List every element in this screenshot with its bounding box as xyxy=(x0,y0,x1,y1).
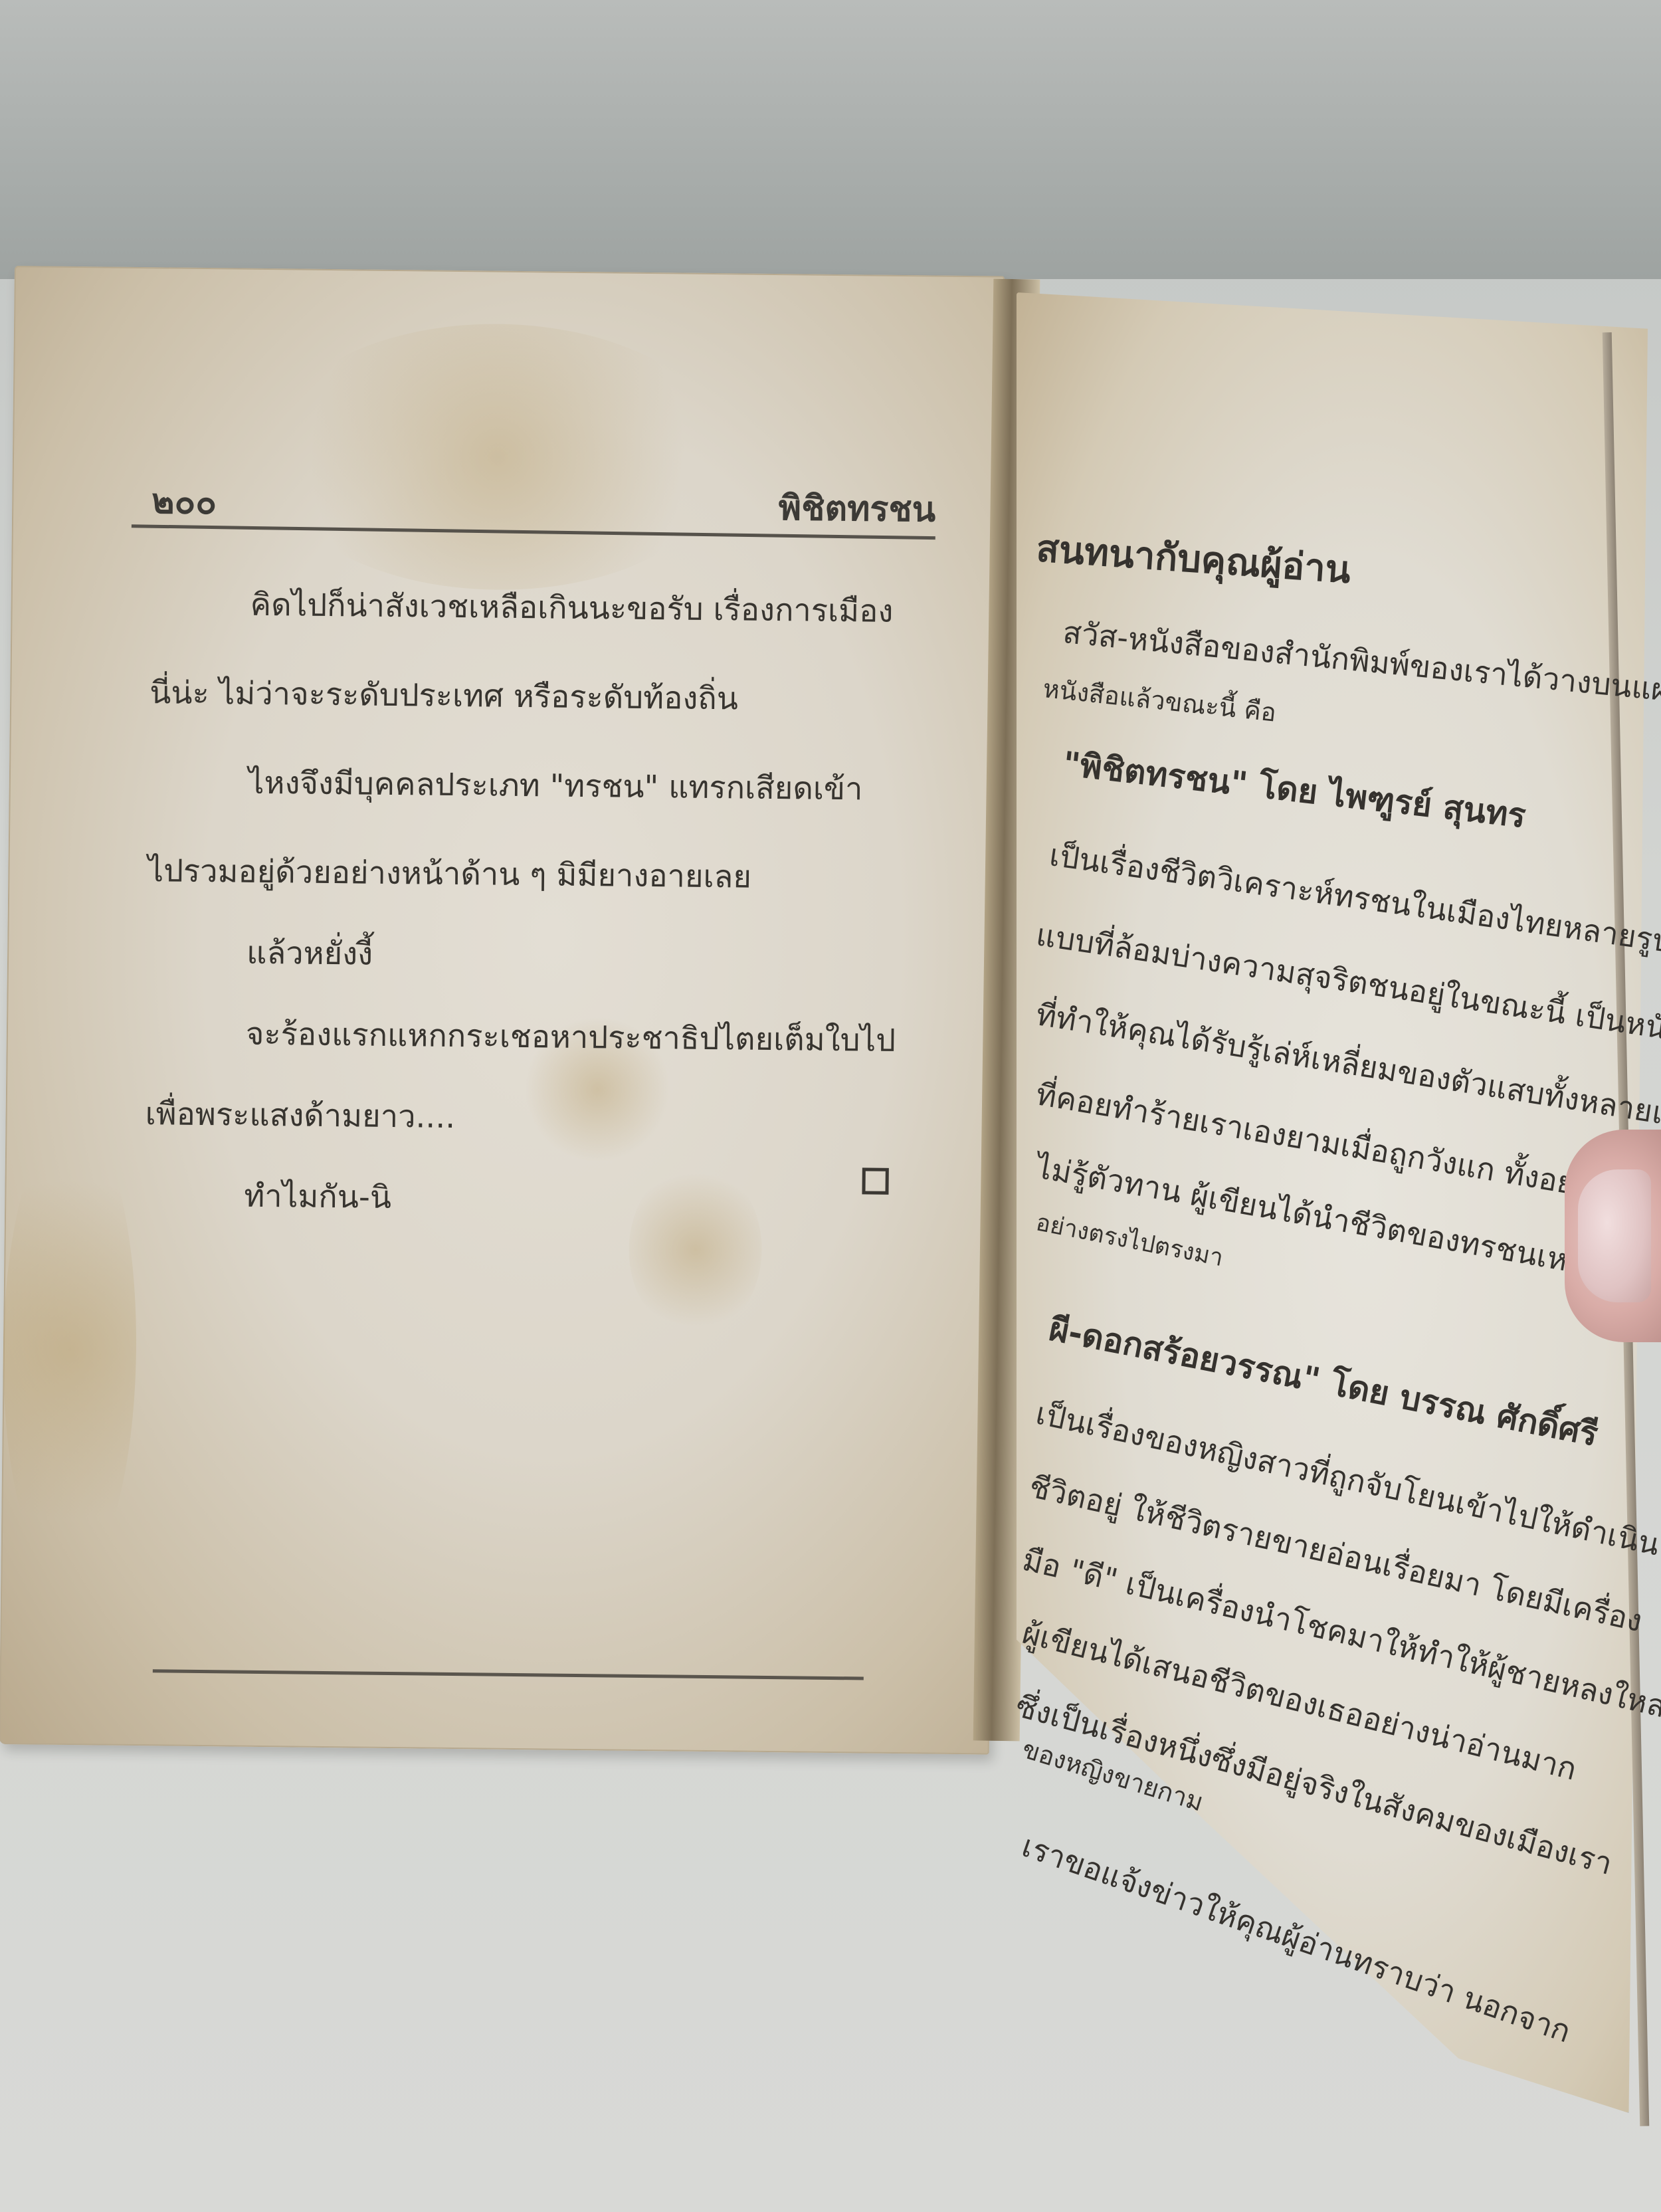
thumb-nail xyxy=(1578,1169,1651,1302)
background-shadow xyxy=(0,0,1661,279)
left-page-body: คิดไปก็น่าสังเวชเหลือเกินนะขอรับ เรื่องก… xyxy=(144,559,935,1248)
text-line: ไหงจึงมีบุคคลประเภท "ทรชน" แทรกเสียดเข้า xyxy=(148,738,933,835)
text-line: จะร้องแรกแหกกระเชอหาประชาธิปไตยเต็มใบไป xyxy=(146,989,930,1086)
water-stain xyxy=(1,1116,138,1583)
text-line: ทำไมกัน-นิ xyxy=(244,1178,391,1216)
text-line: เพื่อพระแสงด้ามยาว.... xyxy=(145,1078,929,1159)
footer-rule xyxy=(153,1669,864,1680)
text-line: คิดไปก็น่าสังเวชเหลือเกินนะขอรับ เรื่องก… xyxy=(150,559,935,656)
text-line: แล้วหยั่งงี้ xyxy=(147,916,931,997)
running-title: พิชิตทรชน xyxy=(778,480,935,536)
text-line: นี่น่ะ ไม่ว่าจะระดับประเทศ หรือระดับท้อง… xyxy=(149,649,934,746)
text-line-with-end-mark: ทำไมกัน-นิ xyxy=(144,1151,929,1248)
page-number: ๒๐๐ xyxy=(151,473,217,529)
left-page: ๒๐๐ พิชิตทรชน คิดไปก็น่าสังเวชเหลือเกินน… xyxy=(0,266,1005,1754)
water-stain xyxy=(264,322,732,592)
text-line: ไปรวมอยู่ด้วยอย่างหน้าด้าน ๆ มิมียางอายเ… xyxy=(147,827,932,924)
page-header: ๒๐๐ พิชิตทรชน xyxy=(151,473,936,534)
end-mark-icon xyxy=(862,1167,888,1194)
